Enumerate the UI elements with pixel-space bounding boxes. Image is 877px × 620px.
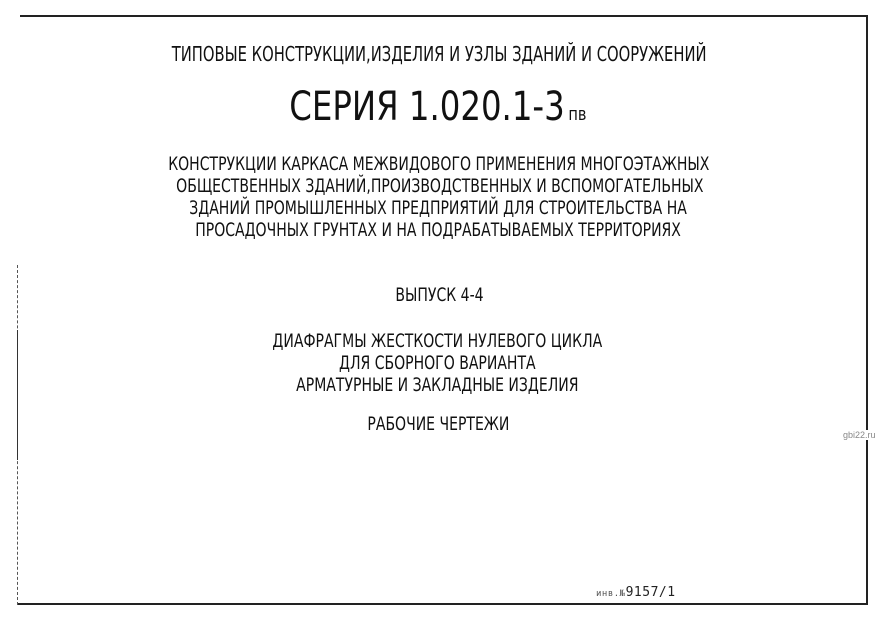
frame-right-border xyxy=(866,15,868,605)
subtitle-line: АРМАТУРНЫЕ И ЗАКЛАДНЫЕ ИЗДЕЛИЯ xyxy=(78,374,797,396)
subtitle-line: ДЛЯ СБОРНОГО ВАРИАНТА xyxy=(78,352,797,374)
inventory-number: 9157/1 xyxy=(626,585,676,600)
description-line: ЗДАНИЙ ПРОМЫШЛЕННЫХ ПРЕДПРИЯТИЙ ДЛЯ СТРО… xyxy=(78,197,797,219)
series-title: СЕРИЯ 1.020.1-3пв xyxy=(43,84,832,130)
drawing-type: РАБОЧИЕ ЧЕРТЕЖИ xyxy=(79,413,798,435)
inventory-prefix: инв.№ xyxy=(596,589,626,599)
frame-bottom-border xyxy=(17,603,868,605)
description-line: ПРОСАДОЧНЫХ ГРУНТАХ И НА ПОДРАБАТЫВАЕМЫХ… xyxy=(78,219,797,241)
description-line: ОБЩЕСТВЕННЫХ ЗДАНИЙ,ПРОИЗВОДСТВЕННЫХ И В… xyxy=(80,175,799,197)
watermark: gbi22.ru xyxy=(843,430,876,440)
inventory-stamp: инв.№9157/1 xyxy=(596,585,676,600)
frame-top-border xyxy=(20,15,868,17)
series-label: СЕРИЯ 1.020.1-3 xyxy=(289,84,564,130)
description-line: КОНСТРУКЦИИ КАРКАСА МЕЖВИДОВОГО ПРИМЕНЕН… xyxy=(79,153,798,175)
issue-number: ВЫПУСК 4-4 xyxy=(80,284,799,306)
document-header: ТИПОВЫЕ КОНСТРУКЦИИ,ИЗДЕЛИЯ И УЗЛЫ ЗДАНИ… xyxy=(80,42,799,66)
frame-left-border-solid xyxy=(17,330,18,460)
series-suffix: пв xyxy=(568,104,586,125)
subtitle-line: ДИАФРАГМЫ ЖЕСТКОСТИ НУЛЕВОГО ЦИКЛА xyxy=(78,330,797,352)
